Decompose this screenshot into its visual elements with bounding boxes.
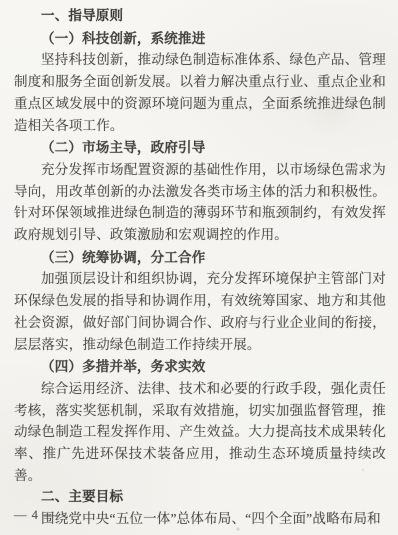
scanned-document-page: 一、指导原则 （一）科技创新，系统推进 坚持科技创新，推动绿色制造标准体系、绿色… [0,0,398,535]
subsection-heading-3: （三）统筹协调，分工合作 [14,247,386,269]
paragraph-4: 综合运用经济、法律、技术和必要的行政手段，强化责任考核，落实奖惩机制，采取有效措… [14,378,386,487]
page-number: — 4 — [14,508,57,523]
document-body: 一、指导原则 （一）科技创新，系统推进 坚持科技创新，推动绿色制造标准体系、绿色… [14,5,386,530]
paragraph-3: 加强顶层设计和组织协调，充分发挥环境保护主管部门对环保绿色发展的指导和协调作用，… [14,268,386,355]
paragraph-2: 充分发挥市场配置资源的基础性作用，以市场绿色需求为导向，用改革创新的办法激发各类… [14,159,386,246]
section-heading-guiding-principles: 一、指导原则 [14,5,386,27]
section-heading-main-goals: 二、主要目标 [14,486,386,508]
subsection-heading-1: （一）科技创新，系统推进 [14,28,386,50]
paragraph-1: 坚持科技创新，推动绿色制造标准体系、绿色产品、管理制度和服务全面创新发展。以着力… [14,49,386,136]
subsection-heading-2: （二）市场主导，政府引导 [14,137,386,159]
paragraph-5: 围绕党中央“五位一体”总体布局、“四个全面”战略布局和 [14,508,386,530]
subsection-heading-4: （四）多措并举，务求实效 [14,356,386,378]
